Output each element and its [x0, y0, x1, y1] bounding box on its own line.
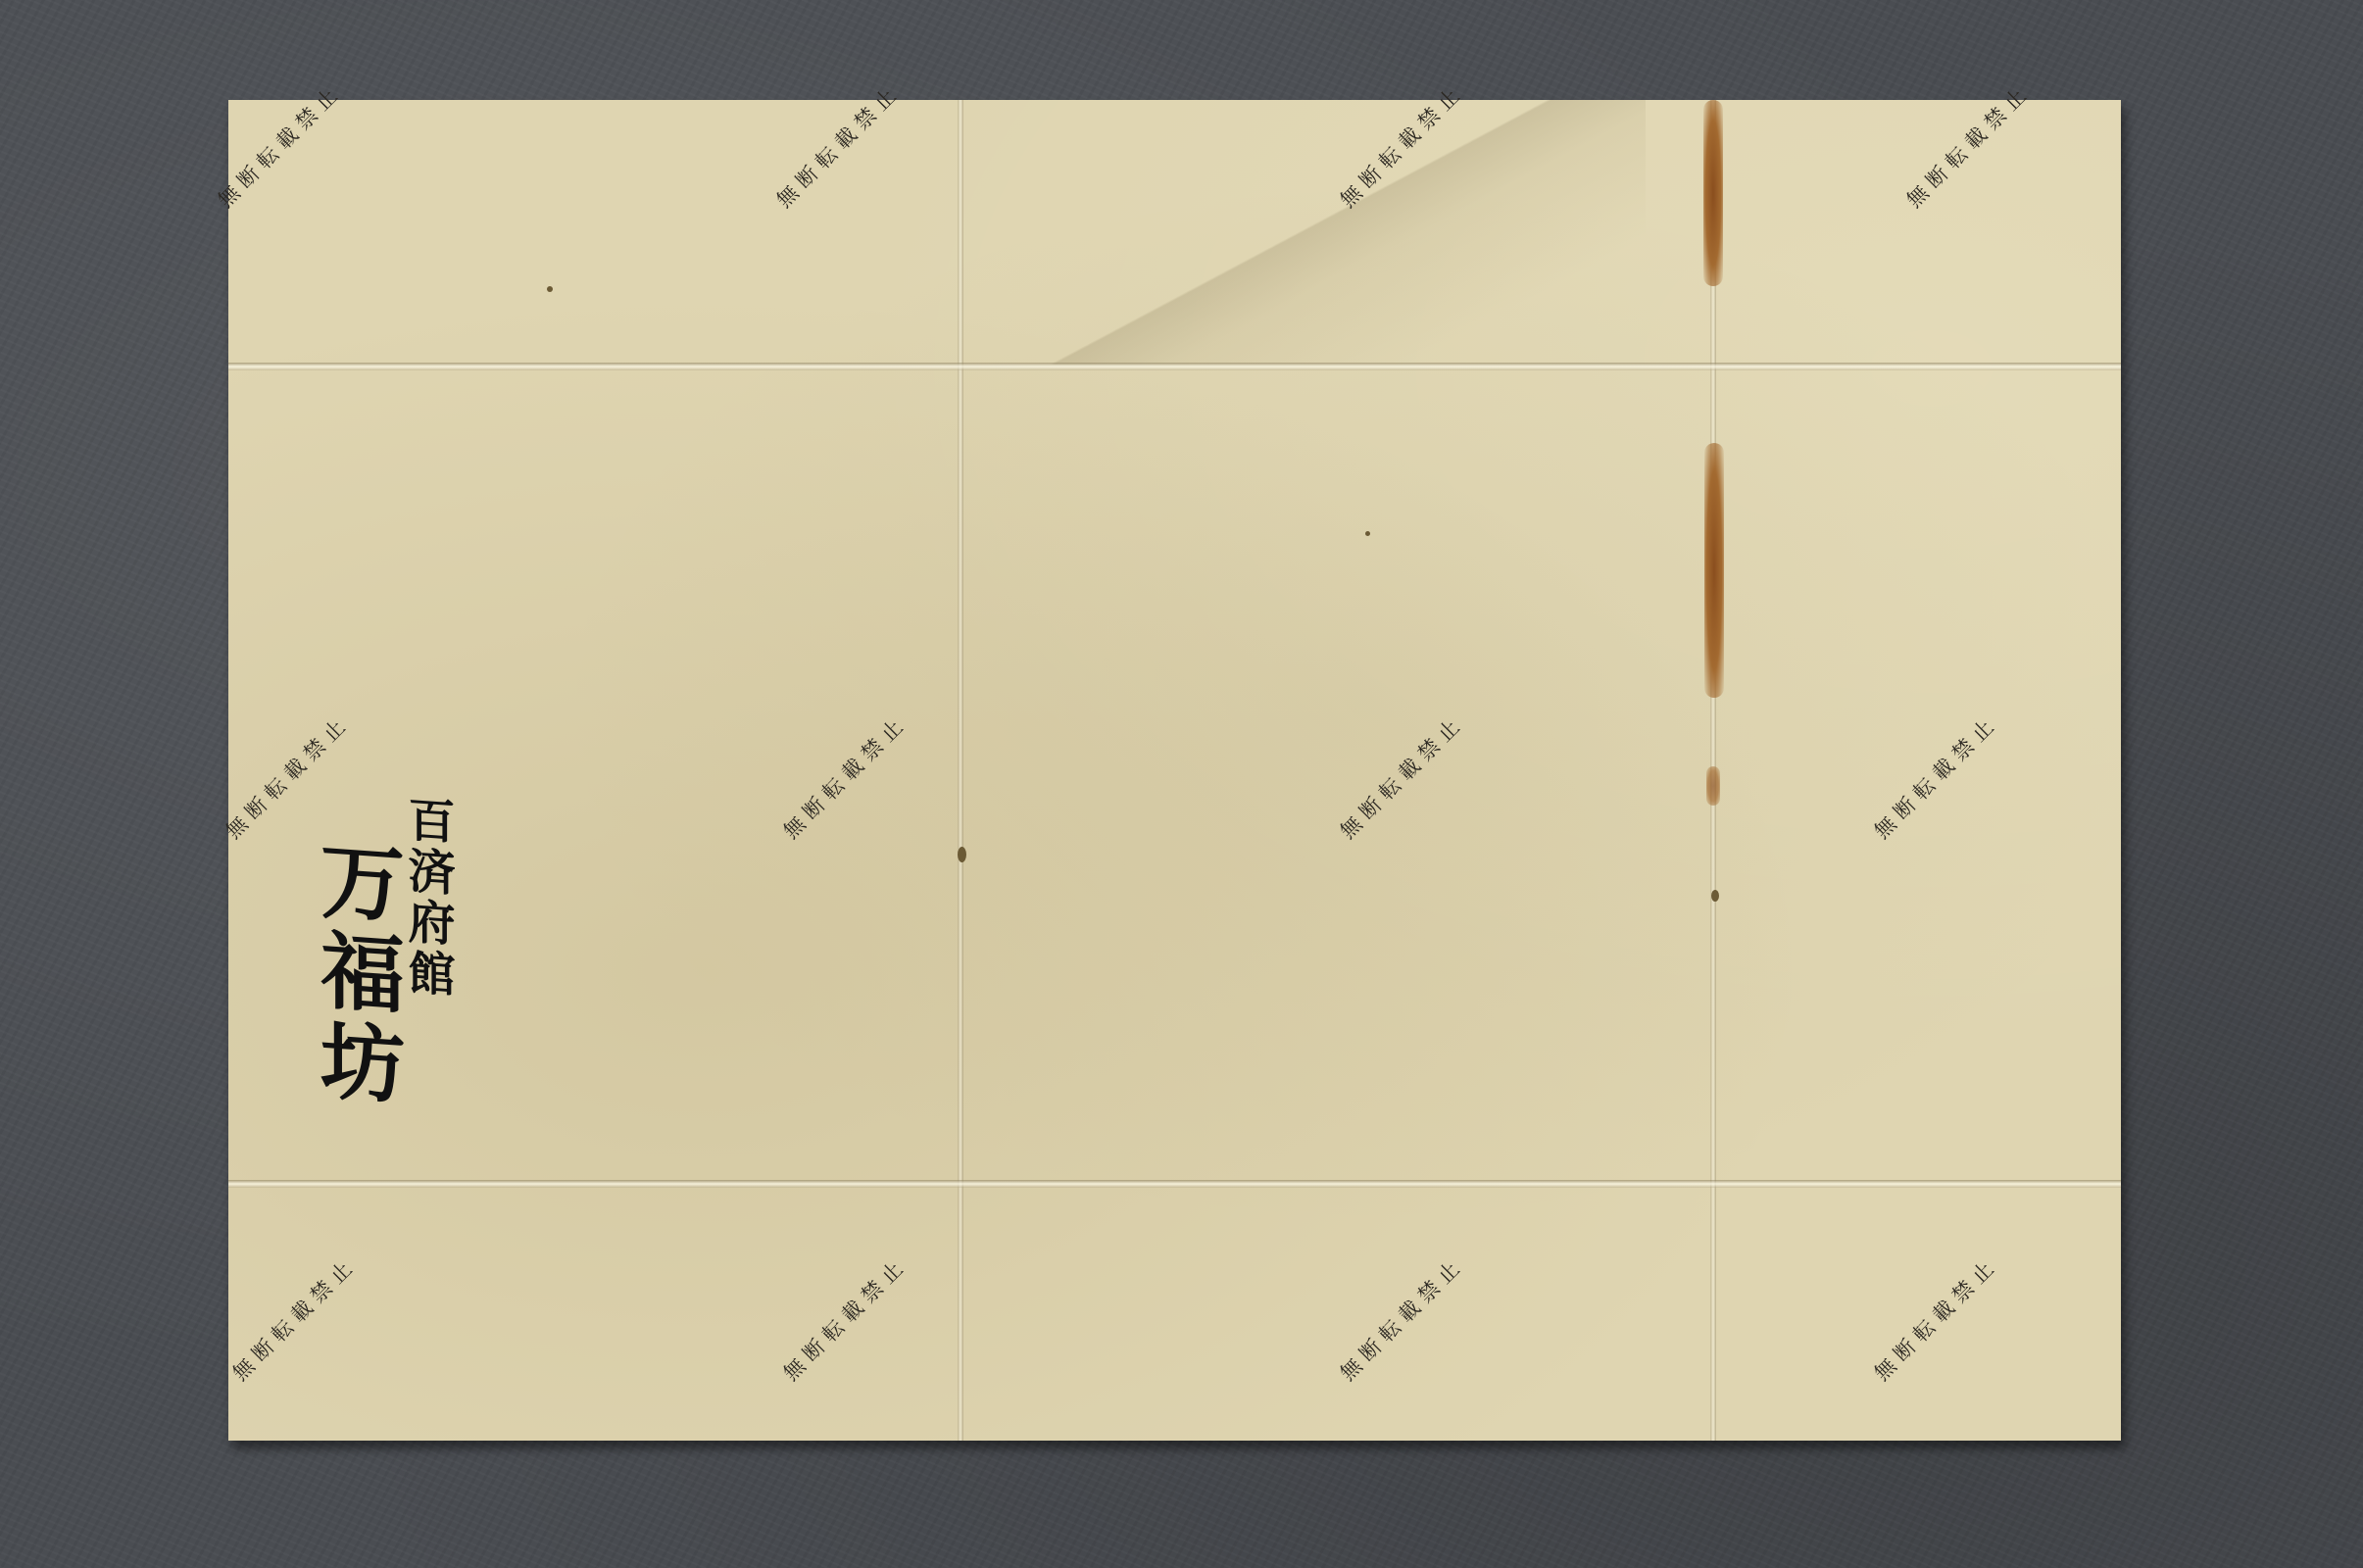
diagonal-crease	[960, 100, 1646, 365]
stain-top	[1703, 100, 1723, 286]
folded-paper-document	[228, 100, 2121, 1441]
speck	[1711, 890, 1719, 902]
stain-middle	[1704, 443, 1724, 698]
horizontal-fold-bottom	[228, 1180, 2121, 1188]
speck	[1365, 531, 1370, 536]
horizontal-fold-top	[228, 363, 2121, 370]
stain-small	[1706, 766, 1720, 806]
inscription-large-line: 万福坊	[294, 834, 416, 1113]
speck	[958, 847, 966, 862]
vertical-fold-left	[958, 100, 963, 1441]
speck	[547, 286, 553, 292]
